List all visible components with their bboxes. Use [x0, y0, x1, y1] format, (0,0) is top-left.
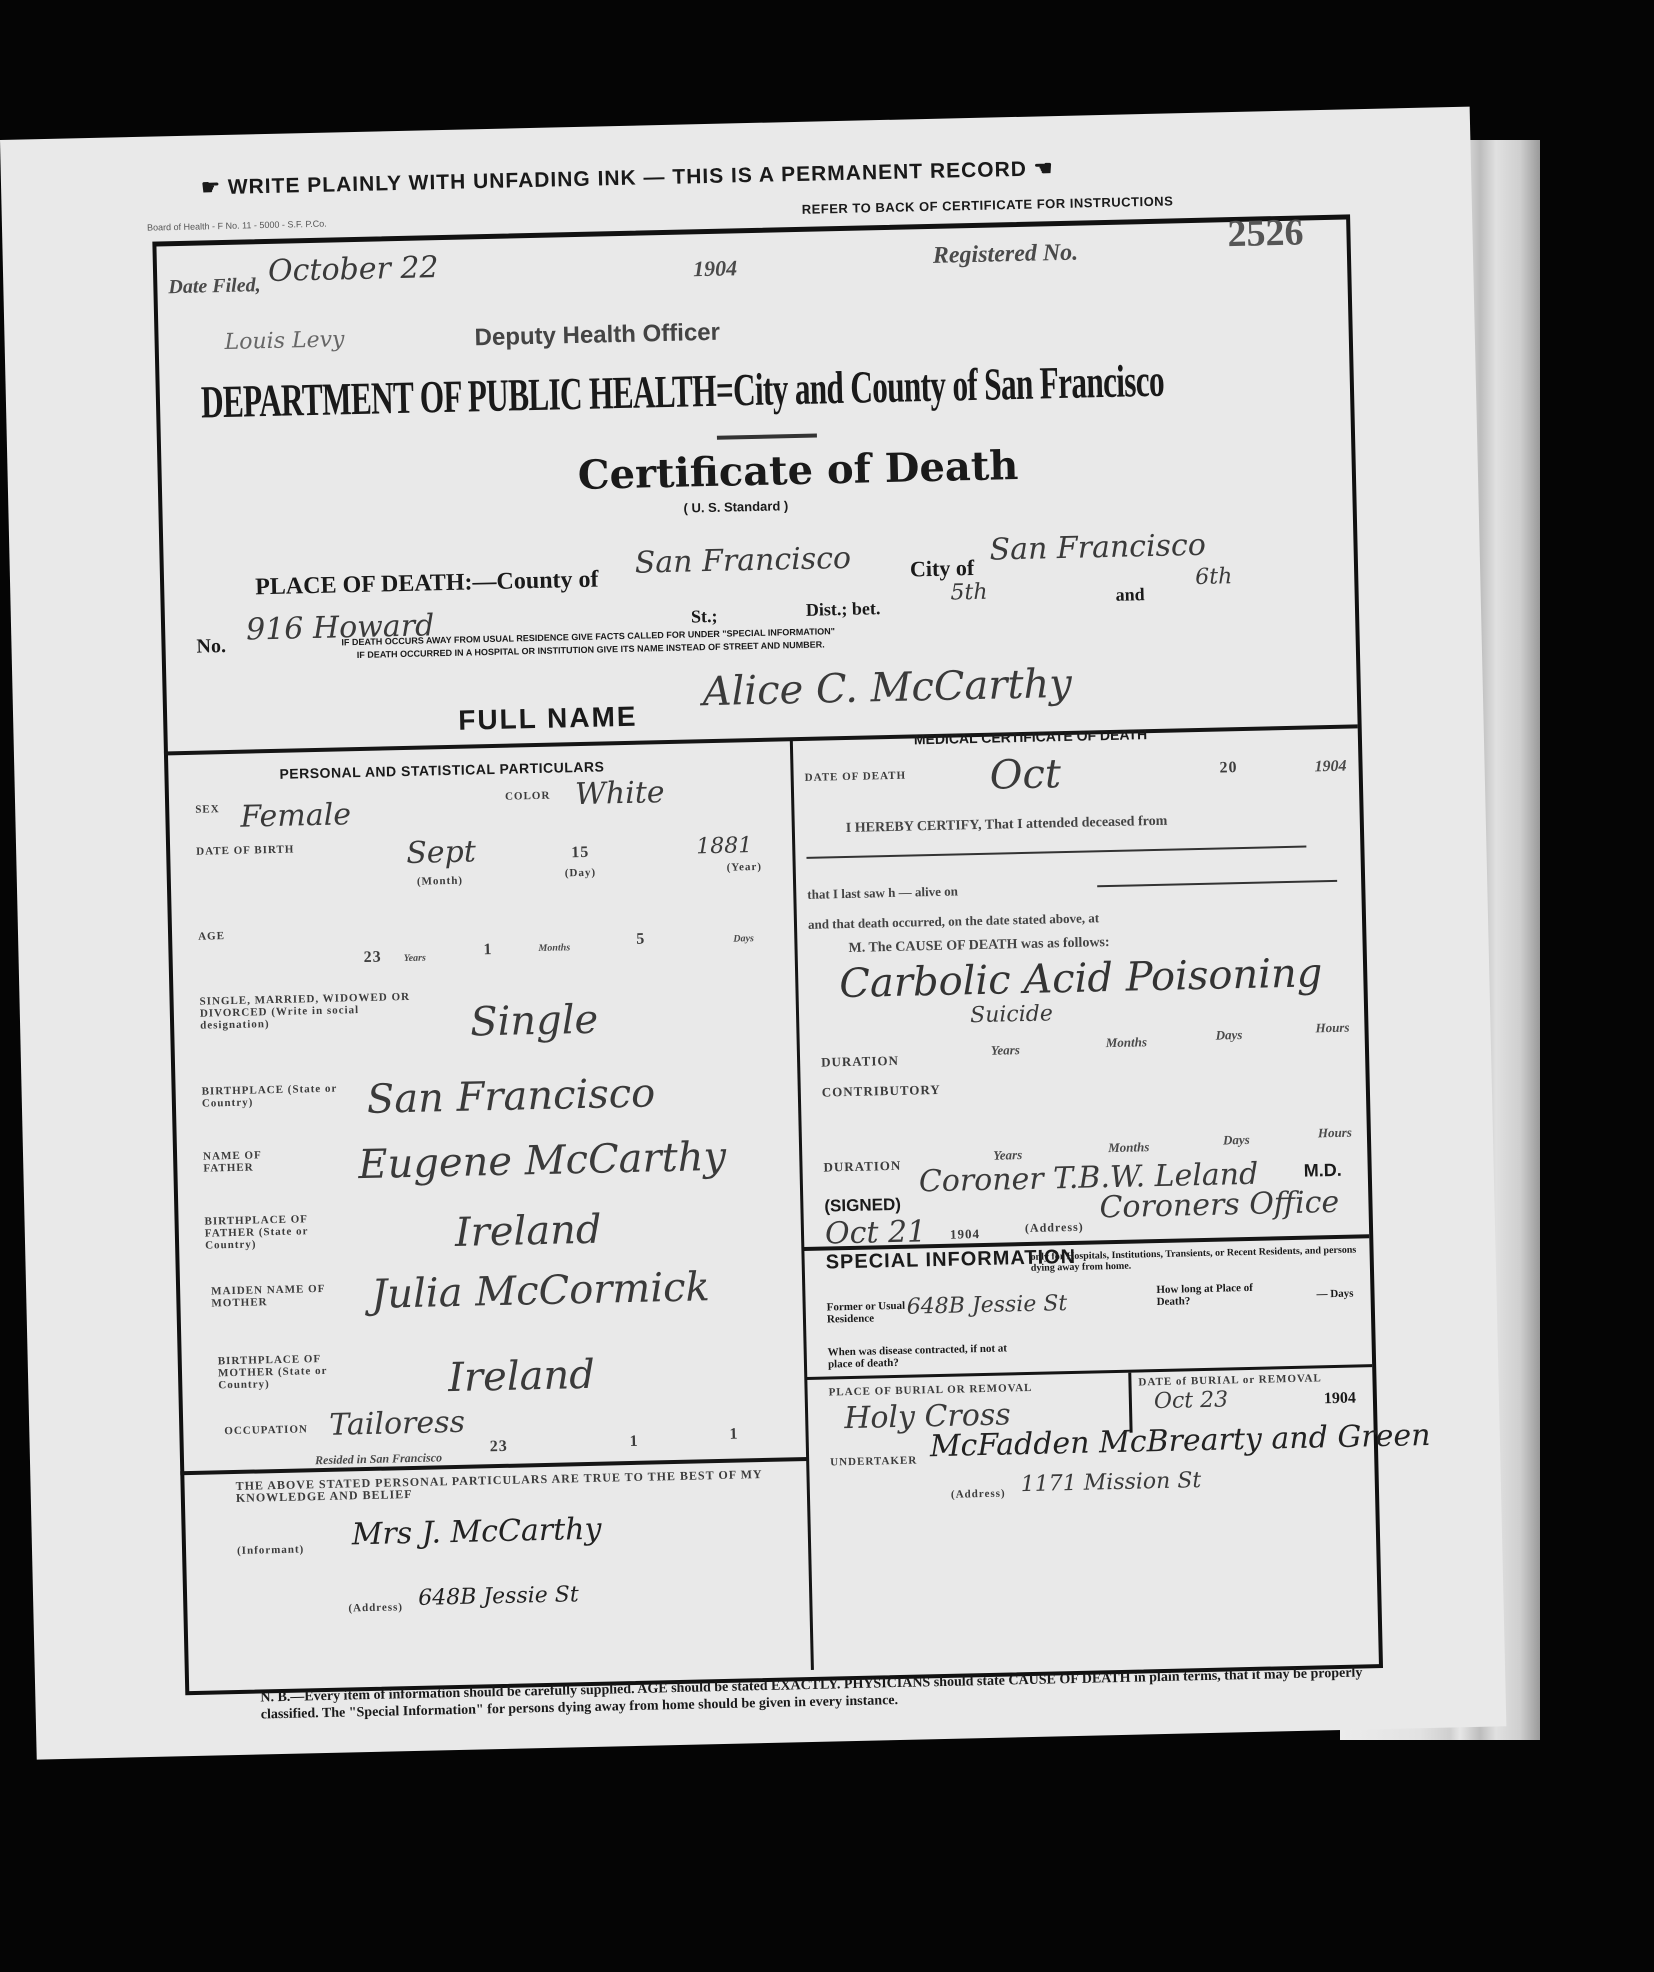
- color-label: COLOR: [505, 790, 551, 803]
- duration-label: DURATION: [821, 1055, 899, 1069]
- duration-days-caption: Days: [1223, 1132, 1250, 1149]
- date-filed-value: October 22: [268, 250, 439, 289]
- father-value: Eugene McCarthy: [358, 1134, 727, 1188]
- city-label: City of: [910, 555, 975, 582]
- duration-years-caption: Years: [991, 1042, 1020, 1059]
- undertaker-address-label: (Address): [951, 1488, 1006, 1501]
- date-filed-year: 1904: [693, 255, 738, 282]
- father-birthplace-value: Ireland: [454, 1207, 602, 1256]
- dob-month-caption: (Month): [417, 875, 463, 888]
- between-street-2: 6th: [1195, 564, 1233, 590]
- officer-signature: Louis Levy: [224, 327, 344, 355]
- color-value: White: [575, 775, 665, 812]
- district-label: Dist.; bet.: [806, 598, 881, 621]
- age-years: 23: [364, 952, 382, 964]
- death-certificate-page: ☛ WRITE PLAINLY WITH UNFADING INK — THIS…: [0, 107, 1506, 1760]
- dob-year-caption: (Year): [727, 861, 763, 874]
- informant-label: (Informant): [237, 1543, 304, 1557]
- dod-year: 1904: [1314, 758, 1346, 777]
- marital-value: Single: [470, 997, 599, 1046]
- dob-year: 1881: [696, 833, 753, 859]
- duration-months-caption: Months: [1106, 1034, 1148, 1051]
- contributory-label: CONTRIBUTORY: [822, 1084, 941, 1099]
- age-days: 5: [636, 934, 645, 946]
- informant-address-value: 648B Jessie St: [418, 1582, 579, 1611]
- dod-day: 20: [1219, 762, 1237, 774]
- contracted-label: When was disease contracted, if not at p…: [828, 1342, 1028, 1371]
- mother-label: MAIDEN NAME OF MOTHER: [211, 1282, 352, 1309]
- resided-months: 1: [630, 1436, 639, 1448]
- st-label: St.;: [691, 606, 718, 628]
- resided-years: 23: [490, 1441, 508, 1453]
- age-years-caption: Years: [404, 953, 426, 965]
- medical-address-value: Coroners Office: [1099, 1185, 1339, 1225]
- sex-label: SEX: [195, 803, 220, 816]
- mother-birthplace-label: BIRTHPLACE OF MOTHER (State or Country): [218, 1352, 369, 1391]
- duration-hours-caption: Hours: [1315, 1020, 1349, 1037]
- dob-month: Sept: [406, 834, 476, 871]
- mother-birthplace-value: Ireland: [448, 1352, 596, 1401]
- father-birthplace-label: BIRTHPLACE OF FATHER (State or Country): [204, 1212, 355, 1251]
- between-street-1: 5th: [950, 580, 988, 606]
- registered-number: 2526: [1227, 210, 1304, 256]
- duration-hours-caption: Hours: [1318, 1125, 1352, 1142]
- marital-label: SINGLE, MARRIED, WIDOWED OR DIVORCED (Wr…: [199, 991, 420, 1032]
- registered-label: Registered No.: [933, 240, 1079, 270]
- age-label: AGE: [198, 930, 225, 943]
- how-long-label: How long at Place of Death?: [1156, 1281, 1277, 1308]
- dob-day-caption: (Day): [565, 867, 597, 880]
- age-months: 1: [483, 944, 492, 956]
- officer-title: Deputy Health Officer: [474, 319, 720, 353]
- city-value: San Francisco: [989, 528, 1206, 568]
- full-name-label: FULL NAME: [458, 701, 638, 737]
- county-value: San Francisco: [634, 541, 851, 581]
- date-filed-label: Date Filed,: [168, 274, 261, 299]
- signed-year: 1904: [950, 1228, 980, 1241]
- dob-day: 15: [571, 847, 589, 859]
- undertaker-address-value: 1171 Mission St: [1020, 1468, 1201, 1497]
- birthplace-label: BIRTHPLACE (State or Country): [202, 1082, 353, 1109]
- signed-label: (SIGNED): [824, 1195, 901, 1217]
- certificate-subtitle: ( U. S. Standard ): [683, 498, 788, 515]
- age-days-caption: Days: [733, 933, 754, 944]
- informant-value: Mrs J. McCarthy: [351, 1512, 602, 1553]
- birthplace-value: San Francisco: [366, 1070, 655, 1123]
- occupation-label: OCCUPATION: [224, 1423, 308, 1437]
- form-code: Board of Health - F No. 11 - 5000 - S.F.…: [147, 219, 327, 233]
- medical-address-label: (Address): [1025, 1221, 1084, 1234]
- full-name-value: Alice C. McCarthy: [702, 661, 1072, 715]
- md-label: M.D.: [1303, 1160, 1341, 1182]
- burial-date-value: Oct 23: [1154, 1387, 1229, 1414]
- duration-days-caption: Days: [1215, 1027, 1242, 1044]
- certificate-title: Certificate of Death: [577, 442, 1019, 499]
- dod-label: DATE OF DEATH: [805, 770, 907, 784]
- dob-label: DATE OF BIRTH: [196, 844, 294, 858]
- certify-text-2: that I last saw h — alive on: [807, 883, 958, 902]
- pointing-hand-icon: ☛: [201, 176, 228, 200]
- duration-months-caption: Months: [1108, 1139, 1150, 1156]
- banner: ☛ WRITE PLAINLY WITH UNFADING INK — THIS…: [201, 156, 1054, 200]
- father-label: NAME OF FATHER: [203, 1148, 304, 1174]
- refer-instructions: REFER TO BACK OF CERTIFICATE FOR INSTRUC…: [802, 193, 1174, 216]
- mother-value: Julia McCormick: [371, 1264, 710, 1318]
- street-no-label: No.: [196, 635, 226, 659]
- resided-days: 1: [729, 1429, 738, 1441]
- sex-value: Female: [240, 797, 351, 835]
- dod-month: Oct: [989, 751, 1061, 799]
- burial-year: 1904: [1324, 1390, 1356, 1409]
- how-long-value: — Days: [1316, 1288, 1353, 1301]
- duration-label-2: DURATION: [823, 1160, 901, 1174]
- former-residence-value: 648B Jessie St: [906, 1291, 1067, 1320]
- pointing-hand-icon: ☚: [1027, 157, 1054, 181]
- and-label: and: [1115, 584, 1145, 606]
- occupation-value: Tailoress: [329, 1405, 465, 1443]
- cause-of-death-secondary: Suicide: [970, 1001, 1053, 1028]
- undertaker-label: UNDERTAKER: [830, 1455, 917, 1469]
- informant-address-label: (Address): [348, 1601, 403, 1614]
- age-months-caption: Months: [538, 942, 570, 954]
